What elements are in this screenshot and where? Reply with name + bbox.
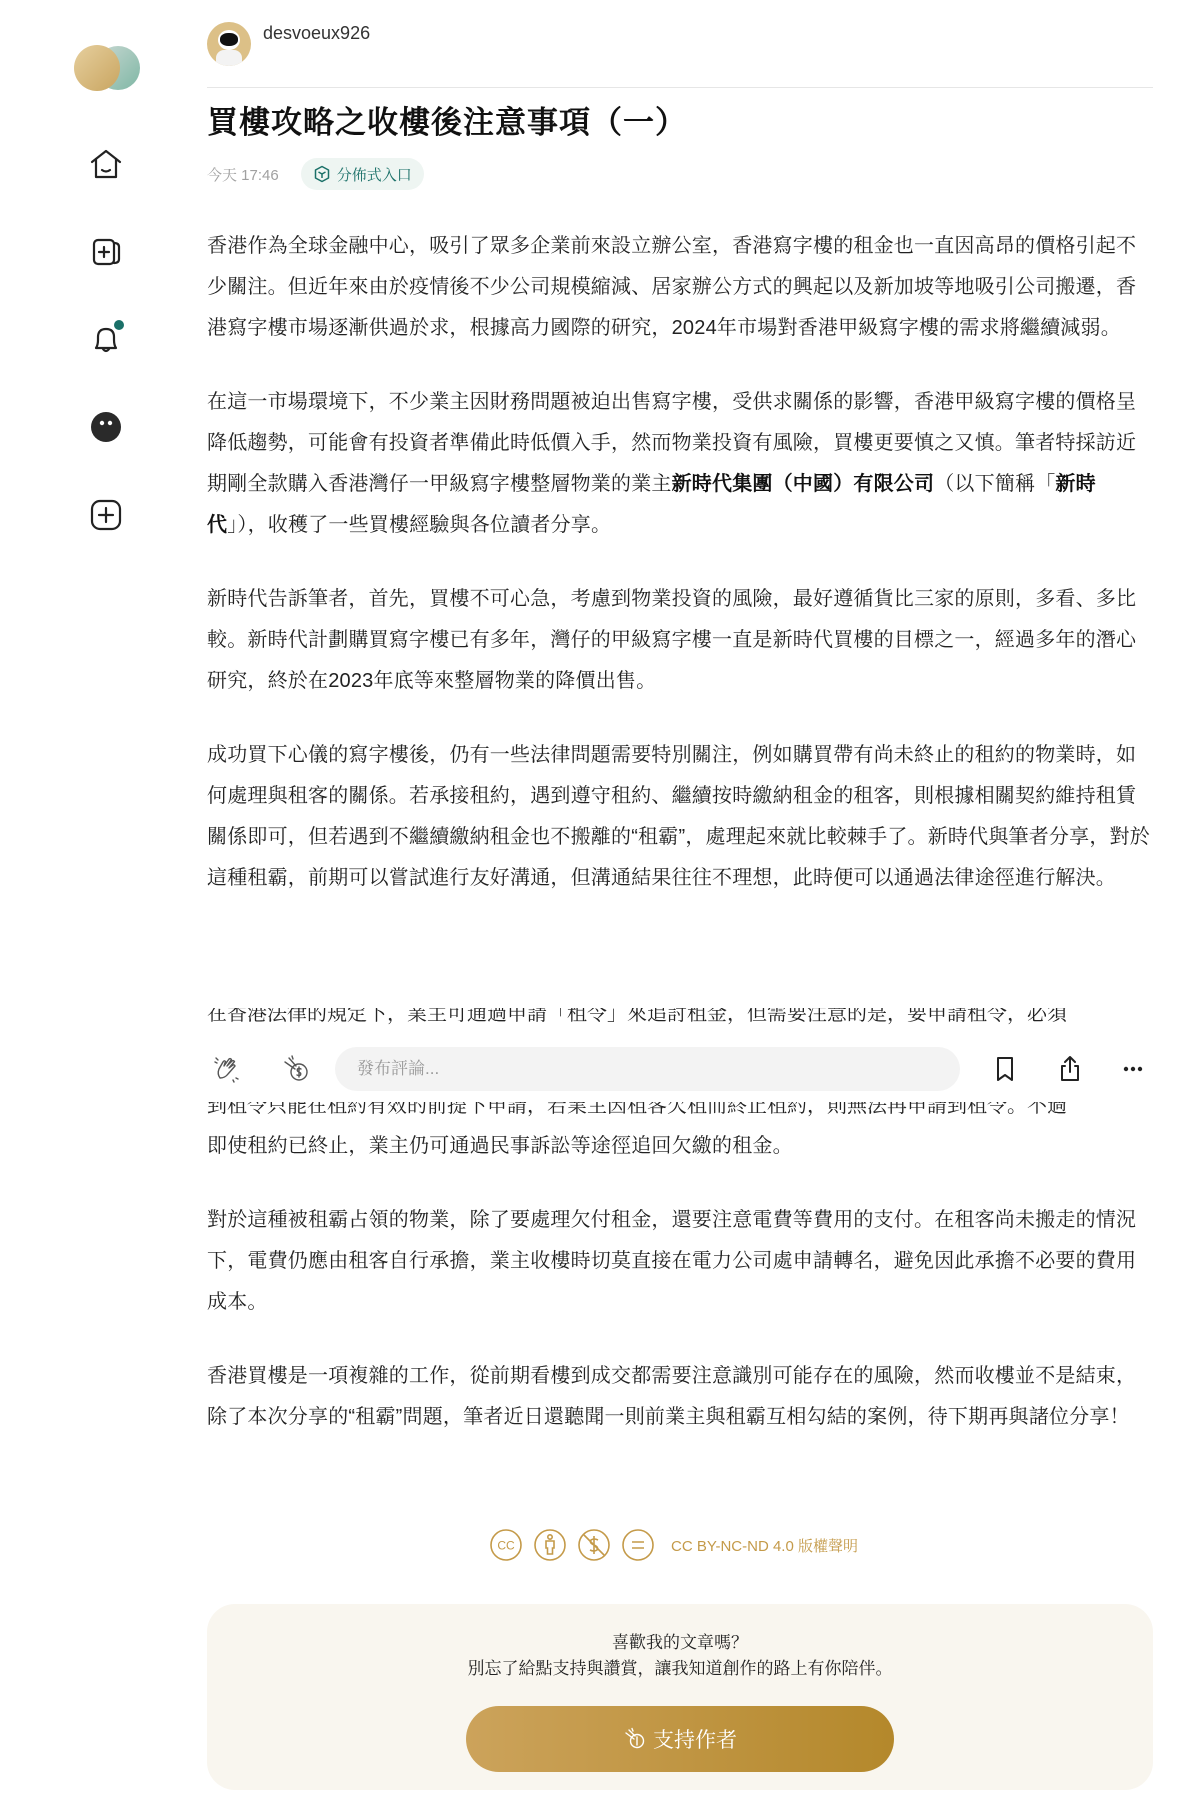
paragraph: 在這一市場環境下，不少業主因財務問題被迫出售寫字樓，受供求關係的影響，香港甲級寫… <box>207 382 1153 546</box>
new-draft-icon <box>89 235 123 269</box>
by-icon <box>533 1528 567 1562</box>
article-body-continued: 即使租約已終止，業主仍可通過民事訴訟等途徑追回欠繳的租金。 對於這種被租霸占領的… <box>207 1126 1153 1471</box>
donate-button[interactable] <box>276 1049 315 1089</box>
paragraph: 香港買樓是一項複雜的工作，從前期看樓到成交都需要注意識別可能存在的風險，然而收樓… <box>207 1356 1153 1438</box>
publish-time: 今天 17:46 <box>207 164 279 185</box>
bookmark-icon <box>990 1054 1020 1084</box>
license-info[interactable]: CC CC BY-NC-ND 4.0 版權聲明 <box>489 1528 858 1562</box>
more-icon <box>1118 1054 1148 1084</box>
author-avatar[interactable] <box>207 22 251 66</box>
paragraph: 新時代告訴筆者，首先，買樓不可心急，考慮到物業投資的風險，最好遵循貨比三家的原則… <box>207 579 1153 702</box>
company-name-bold: 新時代集團（中國）有限公司 <box>672 473 935 495</box>
support-subtitle: 別忘了給點支持與讚賞，讓我知道創作的路上有你陪伴。 <box>207 1656 1153 1682</box>
support-button-label: 支持作者 <box>653 1724 737 1754</box>
sidebar-item-create[interactable] <box>86 495 126 535</box>
user-avatar-icon <box>89 410 123 444</box>
paragraph-text: 」），收穫了一些買樓經驗與各位讀者分享。 <box>227 514 611 536</box>
paragraph: 對於這種被租霸占領的物業，除了要處理欠付租金，還要注意電費等費用的支付。在租客尚… <box>207 1200 1153 1323</box>
sidebar <box>0 0 200 1818</box>
support-author-button[interactable]: 支持作者 <box>466 1706 894 1772</box>
support-question: 喜歡我的文章嗎？ <box>207 1630 1153 1656</box>
header-divider <box>207 87 1153 88</box>
paragraph-text: 到租令只能在租約有效的前提下申請，若業主因租客欠租而終止租約，則無法再申請到租令… <box>207 1102 1153 1126</box>
paragraph: 香港作為全球金融中心，吸引了眾多企業前來設立辦公室，香港寫字樓的租金也一直因高昂… <box>207 226 1153 349</box>
author-info[interactable]: desvoeux926 <box>207 22 370 66</box>
paragraph-text: （以下簡稱「 <box>934 473 1055 495</box>
sidebar-item-profile[interactable] <box>86 407 126 447</box>
author-name[interactable]: desvoeux926 <box>263 22 370 44</box>
donate-icon <box>281 1054 311 1084</box>
plus-square-icon <box>89 498 123 532</box>
support-author-box: 喜歡我的文章嗎？ 別忘了給點支持與讚賞，讓我知道創作的路上有你陪伴。 支持作者 <box>207 1604 1153 1790</box>
ipfs-entry-label: 分佈式入口 <box>337 164 412 185</box>
ipfs-cube-icon <box>313 165 331 183</box>
avatar-astronaut-body <box>216 50 242 66</box>
article-title: 買樓攻略之收樓後注意事項（一） <box>207 100 687 146</box>
sidebar-item-notifications[interactable] <box>86 320 126 360</box>
logo-circle-gold <box>74 45 120 91</box>
unread-dot <box>114 320 124 330</box>
more-options-button[interactable] <box>1114 1049 1153 1089</box>
comment-input[interactable] <box>335 1047 960 1091</box>
clipped-text-line: 在香港法律的規定下，業主可通過申請「租令」來追討租金，但需要注意的是，要申請租令… <box>207 1008 1153 1036</box>
bookmark-button[interactable] <box>986 1049 1025 1089</box>
paragraph: 即使租約已終止，業主仍可通過民事訴訟等途徑追回欠繳的租金。 <box>207 1126 1153 1167</box>
ipfs-entry-button[interactable]: 分佈式入口 <box>301 158 424 190</box>
nd-icon <box>621 1528 655 1562</box>
home-icon <box>89 147 123 181</box>
nc-icon <box>577 1528 611 1562</box>
license-label[interactable]: CC BY-NC-ND 4.0 版權聲明 <box>671 1535 858 1556</box>
share-icon <box>1055 1054 1085 1084</box>
share-button[interactable] <box>1051 1049 1090 1089</box>
paragraph: 成功買下心儀的寫字樓後，仍有一些法律問題需要特別關注，例如購買帶有尚未終止的租約… <box>207 735 1153 899</box>
clap-button[interactable] <box>207 1049 246 1089</box>
article-meta: 今天 17:46 分佈式入口 <box>207 158 424 190</box>
donate-icon <box>623 1727 647 1751</box>
matters-logo[interactable] <box>74 45 144 90</box>
clipped-text-line: 到租令只能在租約有效的前提下申請，若業主因租客欠租而終止租約，則無法再申請到租令… <box>207 1102 1153 1126</box>
article-body: 香港作為全球金融中心，吸引了眾多企業前來設立辦公室，香港寫字樓的租金也一直因高昂… <box>207 226 1153 932</box>
article-toolbar <box>207 1036 1153 1102</box>
svg-text:CC: CC <box>497 1539 515 1553</box>
paragraph-text: 在香港法律的規定下，業主可通過申請「租令」來追討租金，但需要注意的是，要申請租令… <box>207 1008 1153 1035</box>
cc-icon: CC <box>489 1528 523 1562</box>
avatar-astronaut-visor <box>220 33 238 46</box>
clap-icon <box>212 1054 242 1084</box>
sidebar-item-new-post[interactable] <box>86 232 126 272</box>
sidebar-item-home[interactable] <box>86 144 126 184</box>
